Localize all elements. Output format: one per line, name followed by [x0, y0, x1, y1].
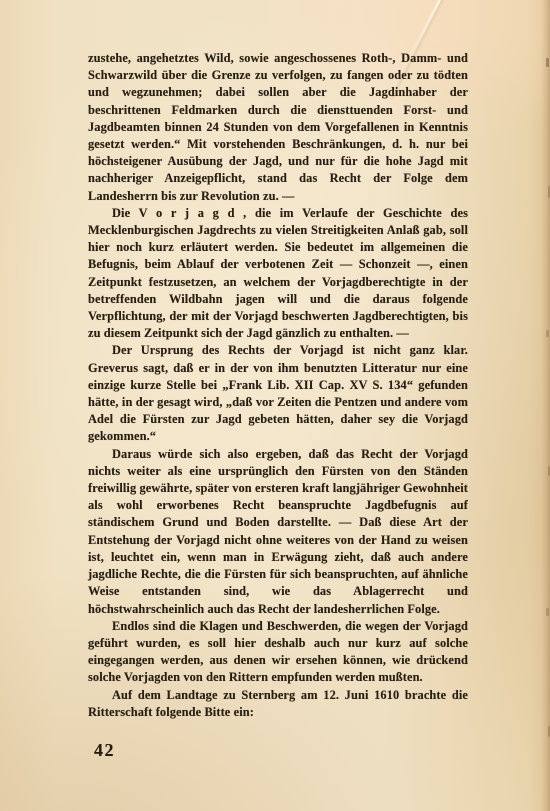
body-paragraph: Der Ursprung des Rechts der Vorjagd ist …	[88, 342, 468, 445]
page-edge-speck	[546, 608, 549, 616]
body-paragraph: Endlos sind die Klagen und Beschwerden, …	[88, 618, 468, 687]
body-paragraph: Daraus würde sich also ergeben, daß das …	[88, 446, 468, 618]
page-edge-speck	[546, 330, 549, 337]
page-number: 42	[94, 740, 115, 761]
text-block: zustehe, angehetztes Wild, sowie angesch…	[88, 50, 468, 721]
body-paragraph: Die V o r j a g d , die im Verlaufe der …	[88, 205, 468, 343]
body-paragraph: zustehe, angehetztes Wild, sowie angesch…	[88, 50, 468, 205]
page-edge-shadow	[541, 0, 550, 811]
scanned-page: zustehe, angehetztes Wild, sowie angesch…	[0, 0, 550, 811]
page-edge-speck	[546, 58, 549, 67]
body-paragraph: Auf dem Landtage zu Sternberg am 12. Jun…	[88, 687, 468, 721]
